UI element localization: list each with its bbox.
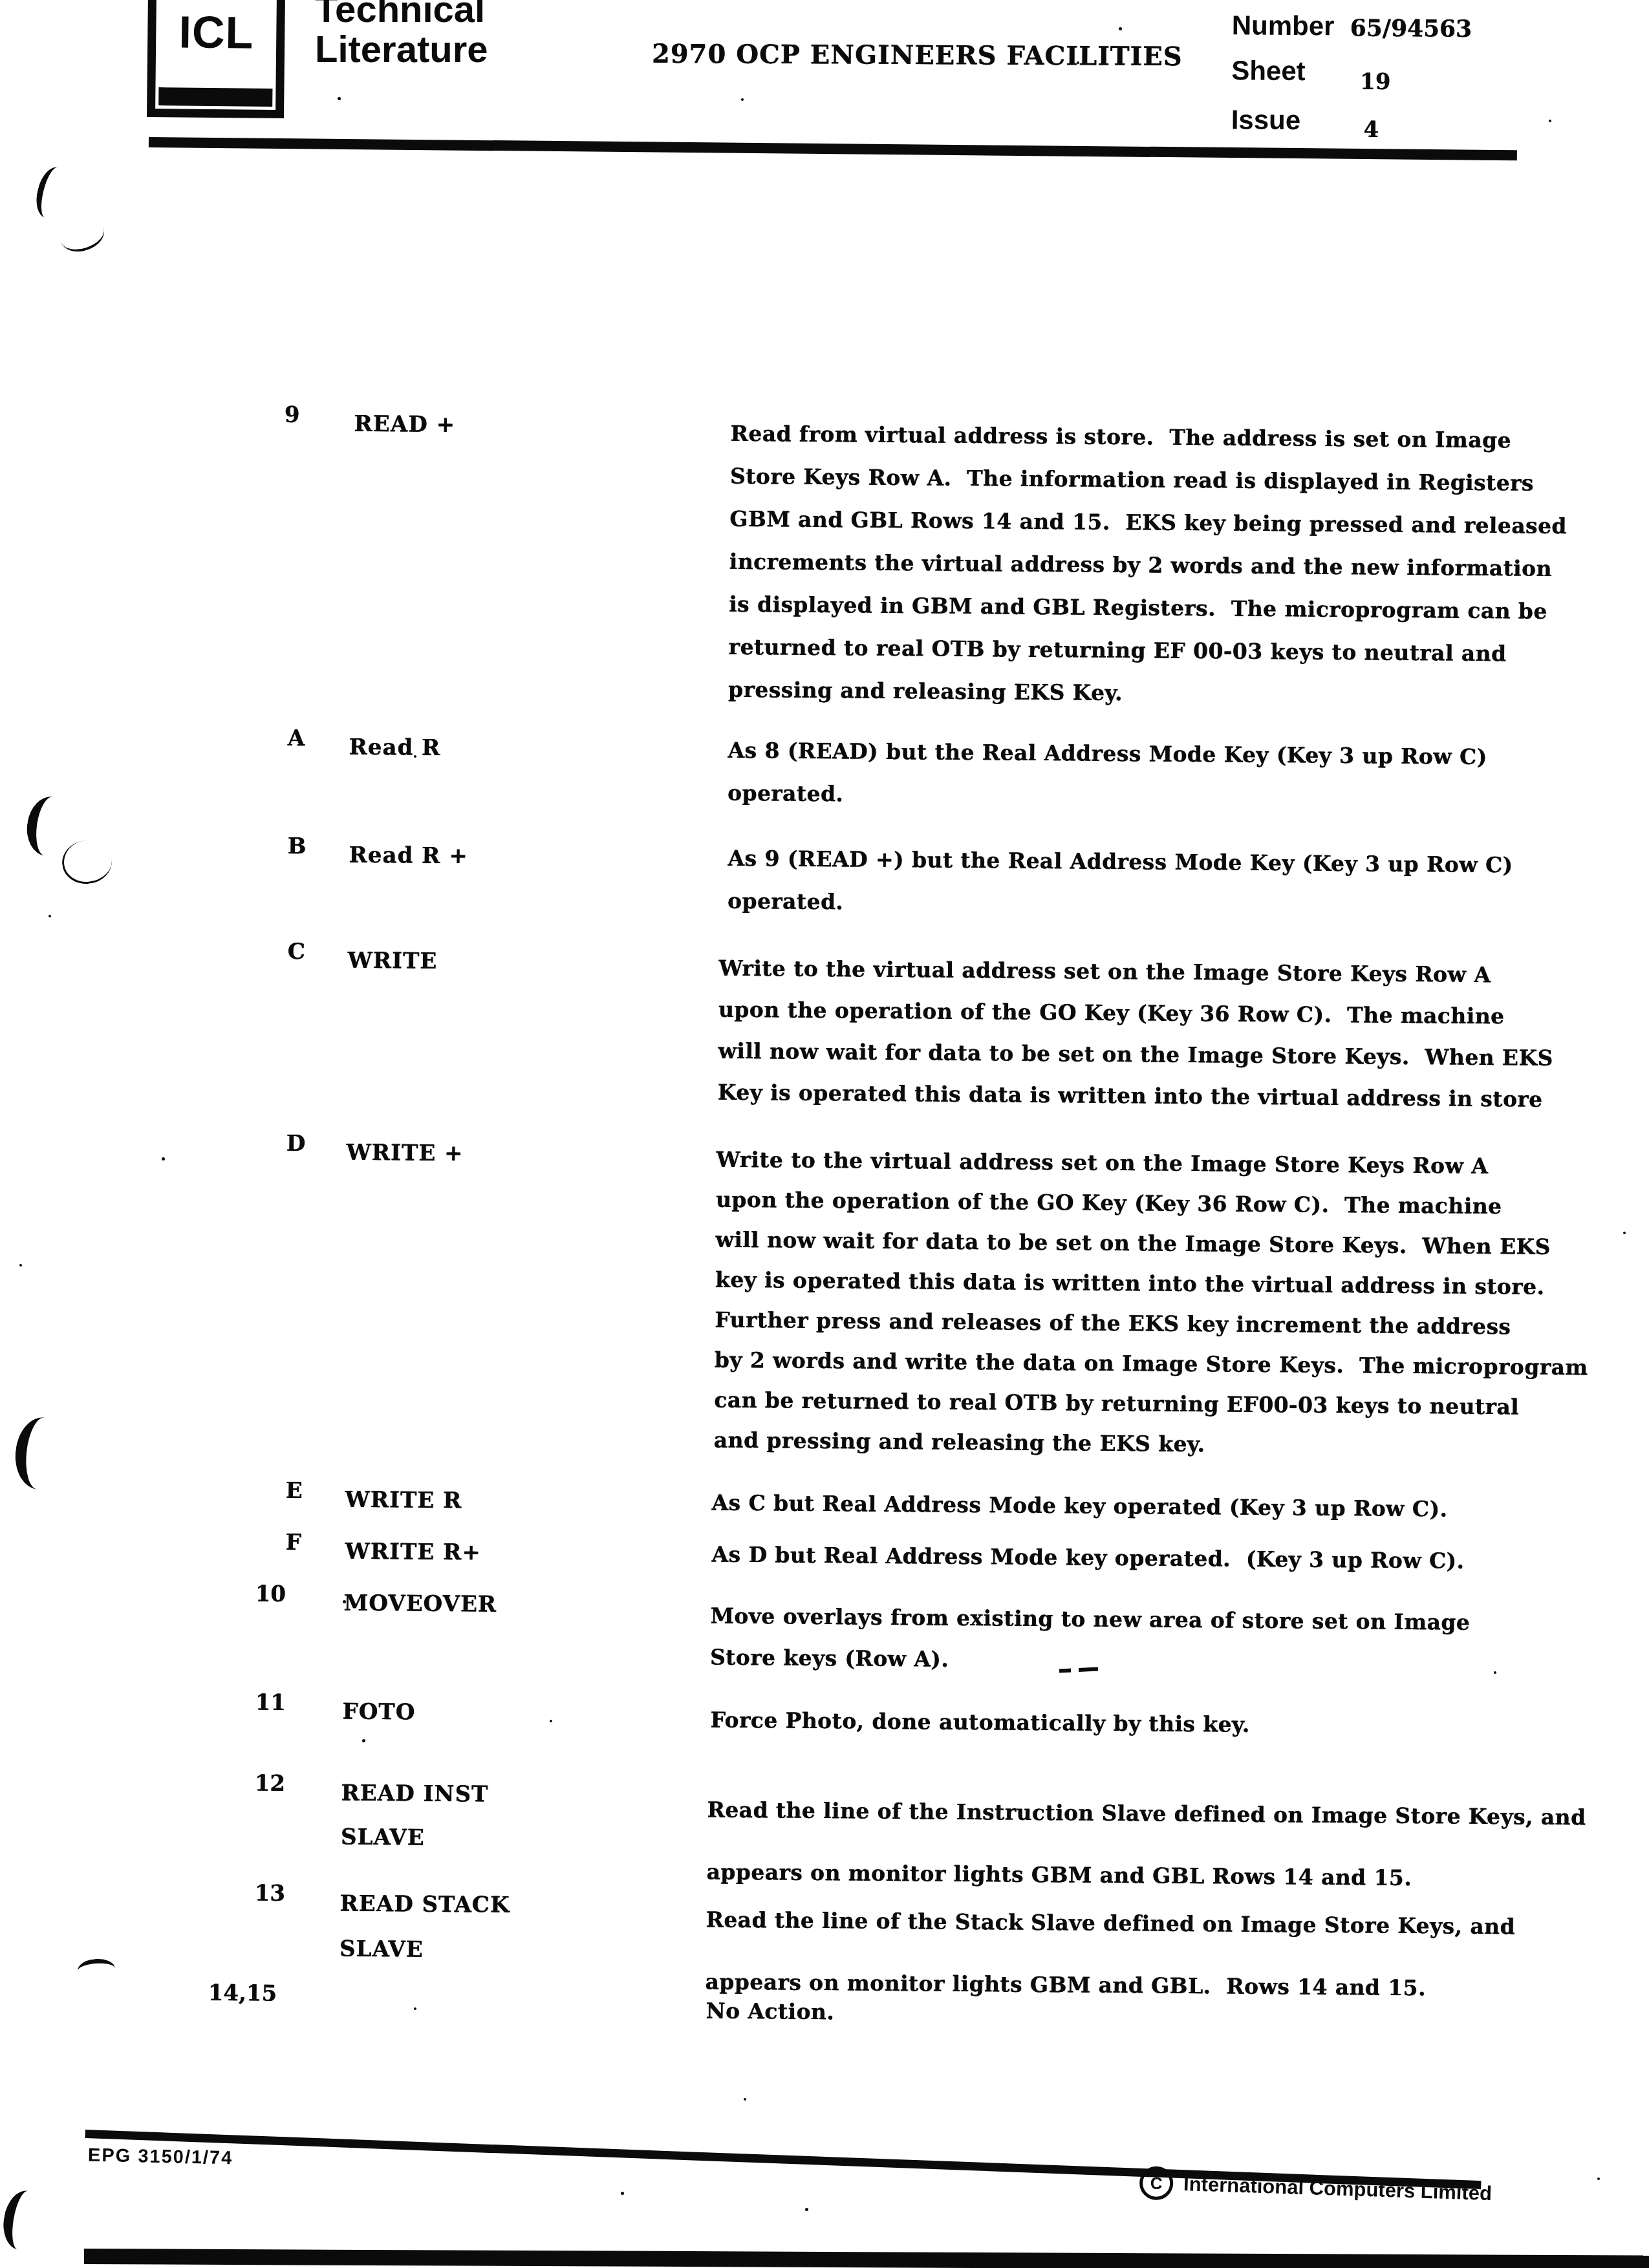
- section-label: WRITE R+: [345, 1530, 481, 1574]
- section-text-line: key is operated this data is written int…: [715, 1260, 1589, 1308]
- section-label: MOVEOVER: [343, 1582, 497, 1626]
- section-label: FOTO: [342, 1691, 415, 1734]
- section-label-line: READ INST: [341, 1771, 488, 1817]
- section-label: WRITE: [347, 939, 437, 983]
- section-key: E: [286, 1478, 303, 1504]
- section-description: As C but Real Address Mode key operated …: [711, 1482, 1447, 1531]
- section-text-line: Write to the virtual address set on the …: [718, 948, 1554, 996]
- number-value: 65/94563: [1350, 15, 1472, 43]
- section-description: Write to the virtual address set on the …: [714, 1140, 1590, 1468]
- noise-speck: [805, 2208, 808, 2211]
- section-text-line: Read from virtual address is store. The …: [730, 412, 1568, 462]
- section-description: As D but Real Address Mode key operated.…: [711, 1534, 1465, 1583]
- section-key: 14,15: [208, 1980, 277, 2007]
- section-text-line: operated.: [727, 880, 1513, 930]
- section-row: 12READ INSTSLAVERead the line of the Ins…: [0, 1768, 1649, 1782]
- page-bottom-bar: [84, 2249, 1649, 2268]
- section-description: Write to the virtual address set on the …: [718, 948, 1555, 1120]
- section-label: READ +: [354, 403, 455, 446]
- noise-speck: [744, 2098, 746, 2101]
- section-label-line: WRITE +: [346, 1131, 463, 1175]
- scan-artifact-crescent: [32, 164, 71, 221]
- noise-speck: [1077, 61, 1079, 64]
- section-key: C: [288, 939, 305, 965]
- noise-speck: [414, 2007, 416, 2010]
- section-description: Read from virtual address is store. The …: [728, 412, 1568, 718]
- scan-artifact-curve: [56, 212, 109, 257]
- copyright-text: International Computers Limited: [1183, 2172, 1493, 2205]
- section-text-line: Store Keys Row A. The information read i…: [730, 455, 1568, 505]
- noise-speck: [343, 1600, 346, 1603]
- section-text-line: returned to real OTB by returning EF 00-…: [728, 626, 1566, 676]
- section-text-line: Read the line of the Instruction Slave d…: [707, 1779, 1586, 1849]
- scan-artifact-curve: [60, 838, 114, 886]
- section-text-line: can be returned to real OTB by returning…: [714, 1380, 1588, 1428]
- section-text-line: Read the line of the Stack Slave defined…: [706, 1889, 1515, 1958]
- section-text-line: Force Photo, done automatically by this …: [710, 1699, 1250, 1746]
- section-text-line: Further press and releases of the EKS ke…: [715, 1300, 1588, 1348]
- scan-artifact-crescent: [12, 1415, 70, 1492]
- section-row: DWRITE +Write to the virtual address set…: [0, 1128, 1649, 1142]
- section-row: BRead R +As 9 (READ +) but the Real Addr…: [0, 831, 1649, 845]
- section-text-line: As 9 (READ +) but the Real Address Mode …: [727, 837, 1513, 887]
- section-label-line: READ STACK: [339, 1881, 510, 1928]
- section-text-line: pressing and releasing EKS Key.: [728, 669, 1566, 718]
- section-description: Move overlays from existing to new area …: [710, 1596, 1471, 1685]
- scan-artifact-crescent: [0, 2188, 47, 2253]
- section-label: Read R +: [349, 834, 468, 878]
- section-text-line: Store keys (Row A).: [710, 1637, 1470, 1685]
- section-text-line: Key is operated this data is written int…: [718, 1072, 1553, 1120]
- section-label-line: MOVEOVER: [343, 1582, 497, 1626]
- section-row: 9READ +Read from virtual address is stor…: [0, 400, 1649, 414]
- section-text-line: will now wait for data to be set on the …: [715, 1220, 1589, 1268]
- noise-speck: [1119, 27, 1122, 30]
- section-text-line: upon the operation of the GO Key (Key 36…: [716, 1180, 1590, 1228]
- section-key: 12: [255, 1770, 286, 1796]
- section-key: 13: [255, 1880, 286, 1906]
- scanned-document-page: ICL Technical Literature 2970 OCP ENGINE…: [0, 0, 1649, 2268]
- section-row: CWRITEWrite to the virtual address set o…: [0, 936, 1649, 950]
- scan-artifact-arc: [77, 1958, 116, 1982]
- section-key: F: [286, 1530, 301, 1556]
- section-text-line: Write to the virtual address set on the …: [716, 1140, 1590, 1188]
- issue-value: 4: [1364, 117, 1379, 143]
- section-description: Force Photo, done automatically by this …: [710, 1699, 1250, 1746]
- copyright-icon: C: [1139, 2166, 1174, 2201]
- noise-speck: [1494, 1671, 1496, 1674]
- section-label: READ INSTSLAVE: [341, 1771, 489, 1861]
- section-key: D: [286, 1131, 306, 1157]
- noise-speck: [338, 97, 341, 100]
- document-meta: Number 65/94563 Sheet 19 Issue 4: [0, 0, 1649, 154]
- section-label-line: WRITE R: [345, 1479, 462, 1523]
- section-text-line: by 2 words and write the data on Image S…: [715, 1340, 1588, 1388]
- section-text-line: As C but Real Address Mode key operated …: [711, 1482, 1447, 1531]
- form-reference: EPG 3150/1/74: [88, 2145, 233, 2170]
- section-description: No Action.: [706, 1990, 834, 2034]
- section-label-line: READ +: [354, 403, 455, 446]
- section-text-line: Move overlays from existing to new area …: [710, 1596, 1470, 1643]
- section-key: 10: [255, 1581, 286, 1607]
- section-text-line: As 8 (READ) but the Real Address Mode Ke…: [727, 729, 1487, 778]
- issue-label: Issue: [1231, 104, 1301, 136]
- section-label: READ STACKSLAVE: [339, 1881, 510, 1973]
- section-text-line: upon the operation of the GO Key (Key 36…: [718, 989, 1554, 1038]
- section-row: ARead RAs 8 (READ) but the Real Address …: [0, 723, 1649, 737]
- section-label-line: WRITE: [347, 939, 437, 983]
- copyright-line: C International Computers Limited: [1139, 2166, 1492, 2210]
- section-label-line: Read R +: [349, 834, 468, 878]
- section-label-line: WRITE R+: [345, 1530, 481, 1574]
- section-text-line: No Action.: [706, 1990, 834, 2034]
- section-label-line: Read R: [349, 726, 440, 769]
- sheet-value: 19: [1360, 69, 1391, 95]
- noise-speck: [1549, 120, 1551, 122]
- section-key: B: [288, 833, 307, 859]
- section-text-line: is displayed in GBM and GBL Registers. T…: [729, 583, 1566, 633]
- section-text-line: will now wait for data to be set on the …: [718, 1031, 1553, 1079]
- noise-speck: [550, 1720, 552, 1722]
- section-label: WRITE R: [345, 1479, 462, 1523]
- noise-speck: [19, 1264, 22, 1267]
- section-text-line: and pressing and releasing the EKS key.: [714, 1420, 1588, 1468]
- section-description: As 9 (READ +) but the Real Address Mode …: [727, 837, 1513, 930]
- section-text-line: increments the virtual address by 2 word…: [729, 540, 1567, 590]
- section-row: EWRITE RAs C but Real Address Mode key o…: [0, 1475, 1649, 1490]
- section-label: WRITE +: [346, 1131, 463, 1175]
- section-row: 11FOTOForce Photo, done automatically by…: [0, 1687, 1649, 1702]
- noise-speck: [48, 915, 51, 917]
- section-description: As 8 (READ) but the Real Address Mode Ke…: [727, 729, 1487, 821]
- noise-speck: [621, 2192, 624, 2195]
- section-label-line: SLAVE: [339, 1927, 510, 1973]
- noise-speck: [1358, 482, 1361, 485]
- section-key: A: [288, 725, 305, 751]
- noise-speck: [362, 1739, 365, 1742]
- noise-speck: [162, 1157, 165, 1161]
- section-text-line: As D but Real Address Mode key operated.…: [711, 1534, 1465, 1583]
- noise-speck: [1623, 1232, 1626, 1234]
- noise-speck: [1597, 2177, 1600, 2180]
- section-label-line: SLAVE: [341, 1815, 488, 1861]
- section-label-line: FOTO: [342, 1691, 415, 1734]
- section-text-line: GBM and GBL Rows 14 and 15. EKS key bein…: [729, 498, 1567, 548]
- section-key: 9: [285, 402, 300, 428]
- sheet-label: Sheet: [1231, 55, 1306, 87]
- section-label: Read R: [349, 726, 440, 769]
- noise-speck: [414, 755, 416, 758]
- noise-speck: [741, 98, 744, 101]
- number-label: Number: [1232, 10, 1335, 41]
- section-key: 11: [255, 1689, 286, 1715]
- section-text-line: operated.: [727, 772, 1487, 821]
